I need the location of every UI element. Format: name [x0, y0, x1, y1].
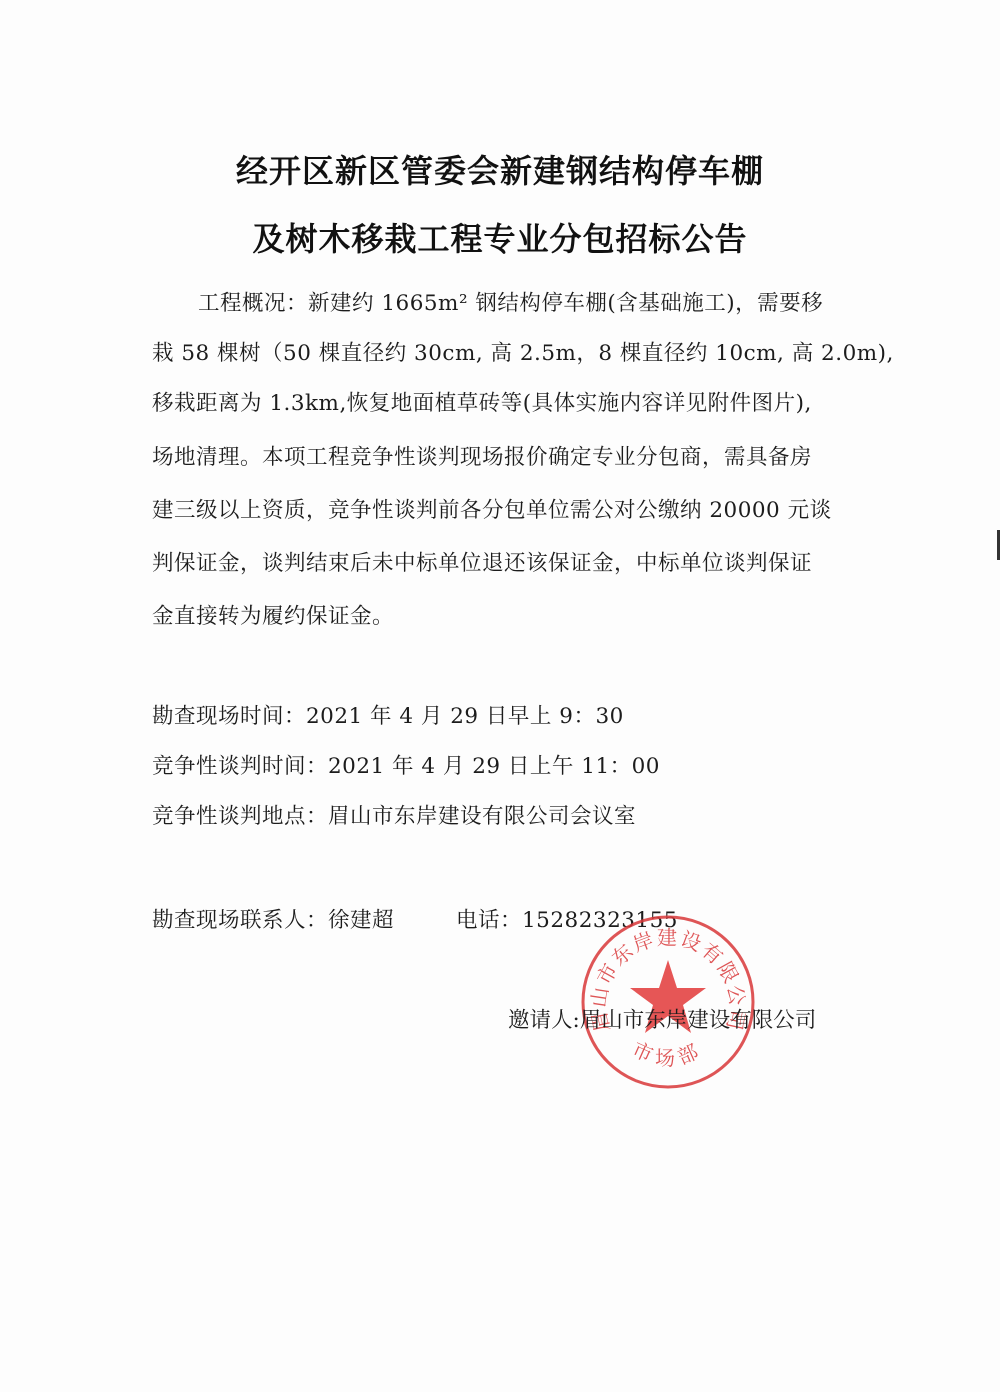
seal-bottom-text: 市场部: [629, 1037, 707, 1070]
document-title-line-2: 及树木移栽工程专业分包招标公告: [0, 214, 1000, 260]
body-paragraph-line: 金直接转为履约保证金。: [152, 599, 394, 630]
body-paragraph-line: 移栽距离为 1.3km,恢复地面植草砖等(具体实施内容详见附件图片),: [152, 386, 812, 417]
body-paragraph-line: 工程概况：新建约 1665m² 钢结构停车棚(含基础施工)，需要移: [198, 286, 823, 317]
document-page: 经开区新区管委会新建钢结构停车棚 及树木移栽工程专业分包招标公告 工程概况：新建…: [0, 0, 1000, 1392]
negotiation-time: 竞争性谈判时间：2021 年 4 月 29 日上午 11：00: [152, 749, 660, 780]
svg-text:市场部: 市场部: [629, 1037, 707, 1070]
negotiation-place: 竞争性谈判地点：眉山市东岸建设有限公司会议室: [152, 799, 636, 830]
inviter-signature: 邀请人:眉山市东岸建设有限公司: [508, 1003, 816, 1034]
body-paragraph-line: 建三级以上资质，竞争性谈判前各分包单位需公对公缴纳 20000 元谈: [152, 493, 832, 524]
seal-icon: 眉山市东岸建设有限公司 市场部: [578, 912, 758, 1092]
body-paragraph-line: 场地清理。本项工程竞争性谈判现场报价确定专业分包商，需具备房: [152, 440, 812, 471]
contact-person: 勘查现场联系人：徐建超: [152, 903, 394, 934]
document-title-line-1: 经开区新区管委会新建钢结构停车棚: [0, 146, 1000, 192]
company-seal-stamp: 眉山市东岸建设有限公司 市场部: [578, 912, 758, 1092]
body-paragraph-line: 栽 58 棵树（50 棵直径约 30cm, 高 2.5m，8 棵直径约 10cm…: [152, 336, 894, 367]
body-paragraph-line: 判保证金，谈判结束后未中标单位退还该保证金，中标单位谈判保证: [152, 546, 812, 577]
site-visit-time: 勘查现场时间：2021 年 4 月 29 日早上 9：30: [152, 699, 624, 730]
